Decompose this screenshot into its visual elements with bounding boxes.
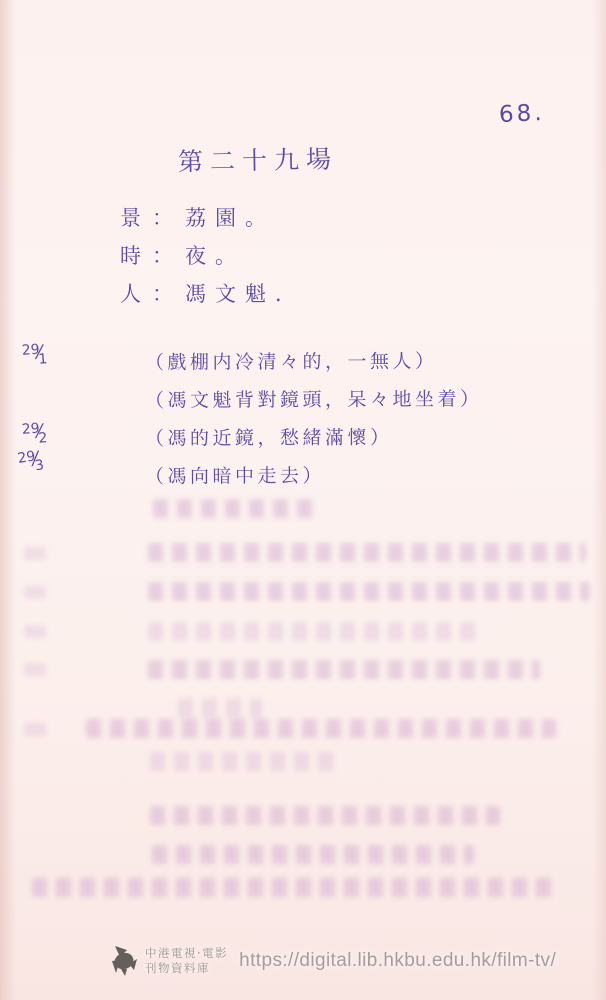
scene-header: 景 ： 荔園。 時 ： 夜。 人 ： 馮文魁． [120, 202, 305, 316]
shot-number-29-1: 29⁄1 [21, 341, 48, 365]
cast-value: 馮文魁． [185, 278, 305, 308]
bleed-through-margin-mark [24, 547, 46, 560]
stage-directions: （戲棚内冷清々的，一無人） （馮文魁背對鏡頭，呆々地坐着） （馮的近鏡，愁緒滿懷… [145, 347, 483, 499]
bleed-through-margin-mark [24, 586, 46, 599]
bleed-through-line [150, 752, 340, 771]
library-name-line1: 中港電視·電影 [145, 946, 228, 961]
bleed-through-line [153, 499, 318, 518]
colon-separator: ： [152, 202, 173, 232]
location-value: 荔園。 [185, 202, 275, 232]
location-label: 景 [120, 202, 144, 232]
bleed-through-line [178, 699, 262, 718]
bleed-through-line [148, 622, 480, 641]
library-name-line2: 刊物資料庫 [145, 961, 228, 976]
shot-number-29-2: 29⁄2 [21, 420, 48, 444]
scanned-script-page: 68. 第二十九場 景 ： 荔園。 時 ： 夜。 人 ： 馮文魁． 29⁄1 2… [0, 0, 606, 1000]
bleed-through-line [152, 845, 474, 864]
scene-cast-row: 人 ： 馮文魁． [120, 278, 305, 316]
bleed-through-margin-mark [24, 663, 46, 676]
bleed-through-line [32, 878, 560, 897]
library-url: https://digital.lib.hkbu.edu.hk/film-tv/ [239, 950, 556, 972]
time-value: 夜。 [185, 240, 245, 270]
page-number: 68. [498, 100, 545, 128]
colon-separator: ： [152, 278, 173, 308]
stage-direction-line: （馮的近鏡，愁緒滿懷） [145, 422, 483, 462]
bleed-through-line [148, 660, 540, 679]
bleed-through-margin-mark [24, 625, 46, 638]
stage-direction-line: （馮文魁背對鏡頭，呆々地坐着） [145, 384, 483, 424]
colon-separator: ： [152, 240, 173, 270]
shot-number-29-3: 29⁄3 [16, 447, 45, 473]
shot-take: 1 [38, 351, 48, 368]
stage-direction-line: （馮向暗中走去） [145, 460, 483, 500]
library-name: 中港電視·電影 刊物資料庫 [145, 946, 228, 976]
studio-spotlight-logo-icon [111, 945, 138, 977]
shot-take: 3 [34, 457, 45, 474]
library-watermark: 中港電視·電影 刊物資料庫 https://digital.lib.hkbu.e… [111, 945, 556, 977]
time-label: 時 [120, 240, 144, 270]
shot-take: 2 [38, 430, 48, 447]
scene-location-row: 景 ： 荔園。 [120, 202, 305, 240]
bleed-through-line [148, 543, 586, 562]
bleed-through-line [150, 806, 500, 825]
scene-title: 第二十九場 [178, 140, 339, 179]
scene-time-row: 時 ： 夜。 [120, 240, 305, 278]
bleed-through-margin-mark [24, 723, 46, 736]
bleed-through-line [148, 582, 590, 601]
cast-label: 人 [120, 278, 144, 308]
bleed-through-line [86, 719, 556, 738]
stage-direction-line: （戲棚内冷清々的，一無人） [145, 346, 483, 386]
